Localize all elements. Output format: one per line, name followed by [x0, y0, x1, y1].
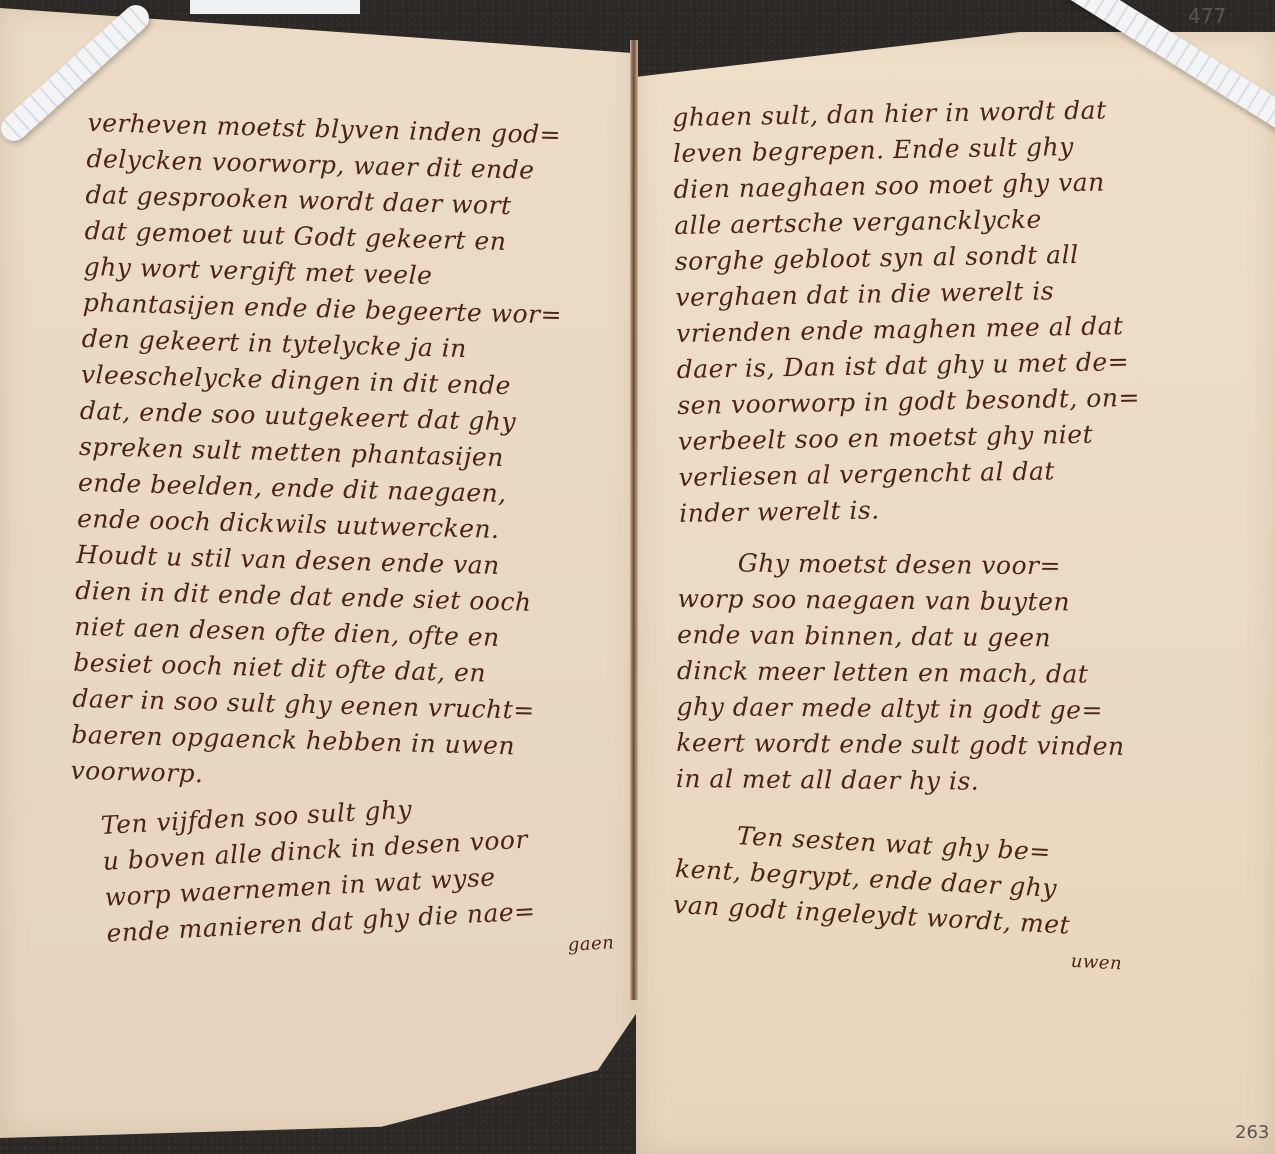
page-number: 263: [1235, 1122, 1269, 1143]
text-line: dinck meer letten en mach, dat: [677, 653, 1126, 693]
text-line: Ghy moetst desen voor=: [678, 545, 1127, 585]
text-line: worp soo naegaen van buyten: [677, 581, 1126, 621]
text-line: ende van binnen, dat u geen: [677, 617, 1126, 657]
folio-number: 477: [1188, 4, 1226, 28]
text-line: in al met all daer hy is.: [676, 761, 1125, 801]
text-line: ghy daer mede altyt in godt ge=: [676, 689, 1125, 729]
text-line: keert wordt ende sult godt vinden: [676, 725, 1125, 765]
right-page-paragraph-1: ghaen sult, dan hier in wordt dat leven …: [672, 92, 1142, 532]
right-page-paragraph-3: Ten sesten wat ghy be= kent, begrypt, en…: [670, 815, 1128, 982]
right-page-paragraph-2: Ghy moetst desen voor= worp soo naegaen …: [676, 545, 1126, 801]
book-gutter: [630, 40, 638, 1000]
reference-card: [190, 0, 360, 14]
left-page-paragraph-3: Ten vijfden soo sult ghy u boven alle di…: [100, 781, 615, 987]
left-page-paragraph-1: verheven moetst blyven inden god= delyck…: [70, 105, 567, 801]
